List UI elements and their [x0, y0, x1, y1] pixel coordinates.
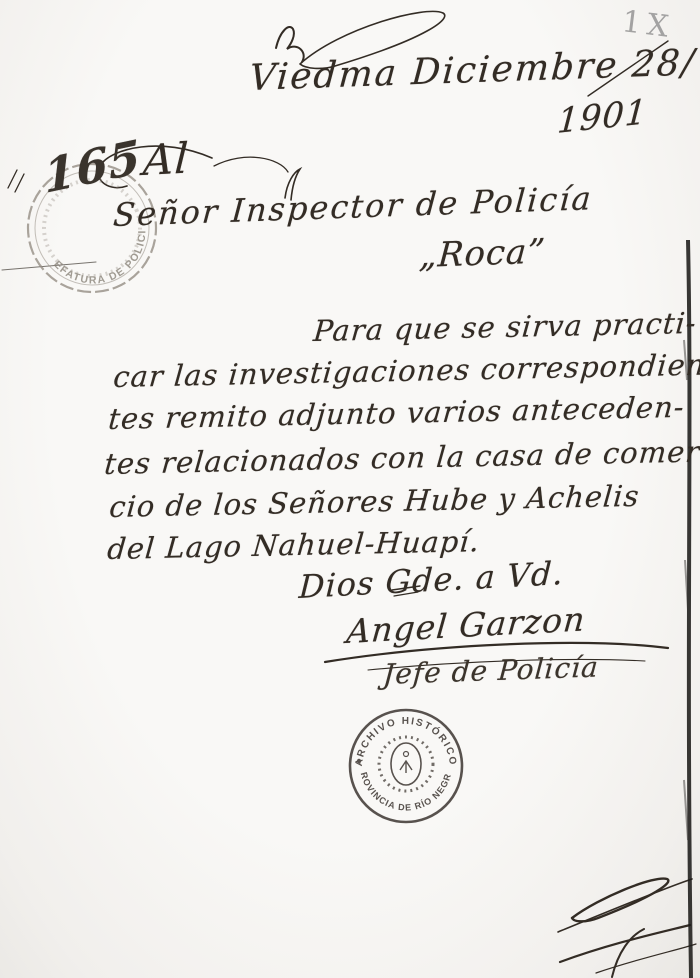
- addressee-line: Señor Inspector de Policía: [112, 179, 594, 234]
- signature-title: Jefe de Policía: [382, 650, 600, 691]
- body-line-1: Para que se sirva practi-: [312, 306, 698, 348]
- pen-scribble-5: [596, 944, 696, 973]
- addressee-name: „Roca”: [418, 231, 547, 276]
- closing-line: Dios Gde. a Vd.: [298, 554, 565, 606]
- archive-stamp-separator-dot: [357, 759, 361, 763]
- pen-scribble-3: [560, 925, 690, 962]
- salutation: Al: [142, 133, 190, 185]
- corner-pencil-mark: 1X: [620, 4, 676, 45]
- body-line-2: car las investigaciones correspondien-: [112, 347, 700, 394]
- archive-stamp-emblem: [379, 737, 433, 791]
- signature: Angel Garzon: [345, 599, 587, 651]
- pen-scribble-1: [572, 879, 668, 922]
- body-line-4: tes relacionados con la casa de comer-: [103, 434, 700, 481]
- pen-scribble-4: [612, 929, 644, 977]
- archive-stamp: ARCHIVO HISTÓRICO PROVINCIA DE RÍO NEGRO: [344, 704, 468, 828]
- pen-al-curl-2: [214, 157, 288, 172]
- body-line-3: tes remito adjunto varios anteceden-: [107, 390, 686, 436]
- body-line-6: del Lago Nahuel-Huapí.: [106, 524, 481, 566]
- page-edge-smudge: [684, 340, 688, 840]
- body-line-5: cio de los Señores Hube y Achelis: [108, 479, 641, 524]
- pen-scribble-2: [558, 879, 692, 932]
- date-line: Viedma Diciembre 28/: [248, 42, 697, 99]
- document-page: JEFATURA DE POLICIA 165 1X Viedma Diciem…: [0, 0, 700, 978]
- date-year: 1901: [556, 92, 649, 142]
